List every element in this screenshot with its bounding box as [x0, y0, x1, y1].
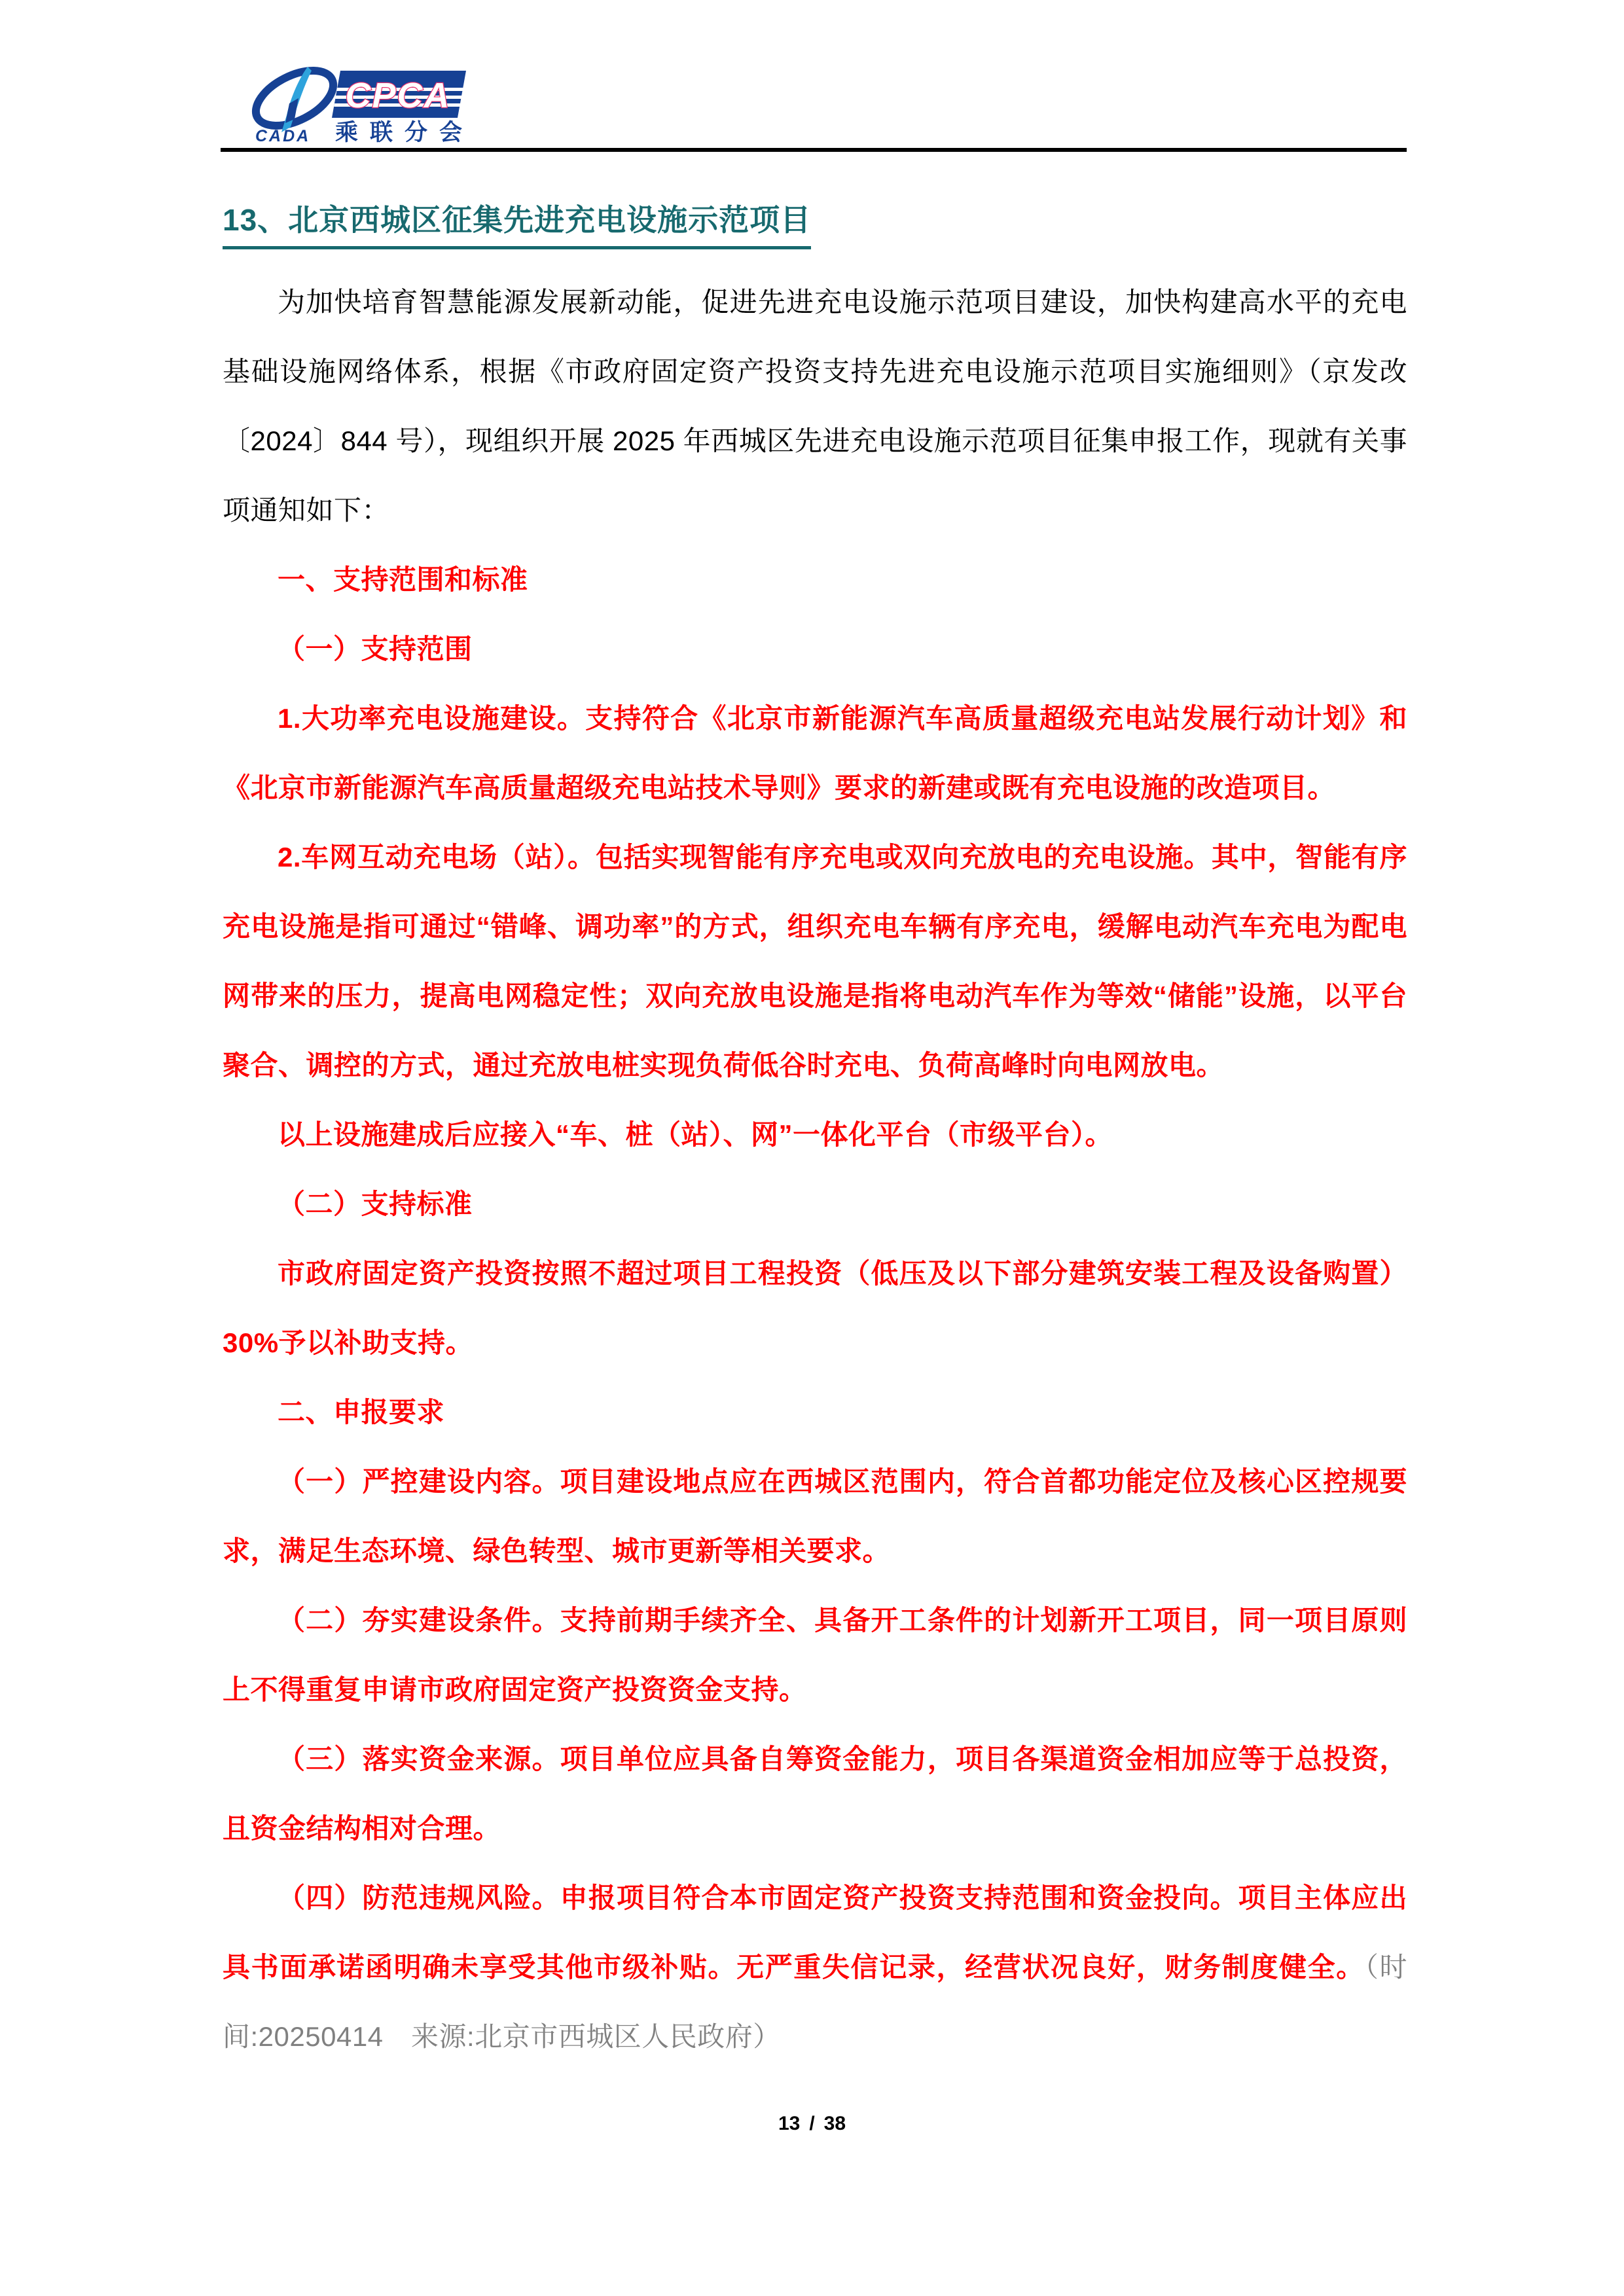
cpca-label: CPCA	[345, 76, 450, 115]
paragraph-req-3: （三）落实资金来源。项目单位应具备自筹资金能力，项目各渠道资金相加应等于总投资，…	[223, 1725, 1407, 1863]
paragraph-item-2: 2.车网互动充电场（站）。包括实现智能有序充电或双向充放电的充电设施。其中，智能…	[223, 823, 1407, 1100]
document-page: CADA CPCA 乘联分会 13、北京西城区征集先进充电设施示范项目 为加快培…	[0, 0, 1624, 2296]
current-page-number: 13	[778, 2113, 800, 2134]
paragraph-req-1: （一）严控建设内容。项目建设地点应在西城区范围内，符合首都功能定位及核心区控规要…	[223, 1447, 1407, 1586]
cpca-logo: CADA CPCA 乘联分会	[244, 64, 469, 144]
paragraph-subsidy: 市政府固定资产投资按照不超过项目工程投资（低压及以下部分建筑安装工程及设备购置）…	[223, 1239, 1407, 1378]
heading-section-1: 一、支持范围和标准	[223, 545, 1407, 615]
paragraph-req-2: （二）夯实建设条件。支持前期手续齐全、具备开工条件的计划新开工项目，同一项目原则…	[223, 1586, 1407, 1725]
paragraph-req-4-text: （四）防范违规风险。申报项目符合本市固定资产投资支持范围和资金投向。项目主体应出…	[223, 1882, 1407, 1982]
heading-scope: （一）支持范围	[223, 615, 1407, 684]
page-footer: 13/38	[0, 2113, 1624, 2135]
heading-section-2: 二、申报要求	[223, 1378, 1407, 1447]
cpca-logo-graphic: CADA CPCA 乘联分会	[244, 64, 469, 144]
heading-standard: （二）支持标准	[223, 1170, 1407, 1239]
section-title: 13、北京西城区征集先进充电设施示范项目	[223, 196, 811, 249]
page-separator: /	[809, 2113, 814, 2134]
paragraph-item-1: 1.大功率充电设施建设。支持符合《北京市新能源汽车高质量超级充电站发展行动计划》…	[223, 684, 1407, 823]
header-divider	[221, 148, 1407, 152]
document-body: 13、北京西城区征集先进充电设施示范项目 为加快培育智慧能源发展新动能，促进先进…	[223, 196, 1407, 2072]
cada-label: CADA	[255, 127, 310, 144]
paragraph-platform: 以上设施建成后应接入“车、桩（站）、网”一体化平台（市级平台）。	[223, 1100, 1407, 1170]
intro-paragraph: 为加快培育智慧能源发展新动能，促进先进充电设施示范项目建设，加快构建高水平的充电…	[223, 268, 1407, 545]
total-page-number: 38	[824, 2113, 846, 2134]
paragraph-req-4: （四）防范违规风险。申报项目符合本市固定资产投资支持范围和资金投向。项目主体应出…	[223, 1863, 1407, 2072]
cn-name-label: 乘联分会	[335, 120, 469, 144]
